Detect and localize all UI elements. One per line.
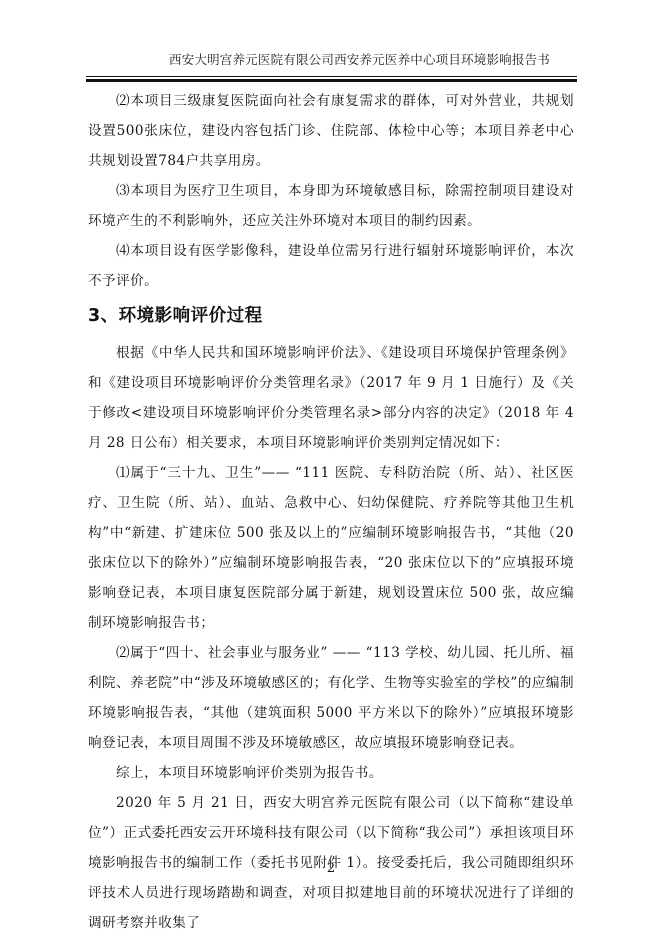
page-body: ⑵本项目三级康复医院面向社会有康复需求的群体，可对外营业，共规划设置500张床位… [88, 86, 574, 936]
paragraph-legal-basis: 根据《中华人民共和国环境影响评价法》、《建设项目环境保护管理条例》和《建设项目环… [88, 338, 574, 458]
paragraph-category-health: ⑴属于“三十九、卫生”—— “111 医院、专科防治院（所、站）、社区医疗、卫生… [88, 458, 574, 638]
paragraph-item-2: ⑵本项目三级康复医院面向社会有康复需求的群体，可对外营业，共规划设置500张床位… [88, 86, 574, 176]
document-page: 西安大明宫养元医院有限公司西安养元医养中心项目环境影响报告书 ⑵本项目三级康复医… [0, 0, 662, 936]
page-number: 2 [0, 860, 662, 878]
paragraph-category-social: ⑵属于“四十、社会事业与服务业” —— “113 学校、幼儿园、托儿所、福利院、… [88, 638, 574, 758]
section-heading: 3、环境影响评价过程 [88, 304, 574, 328]
paragraph-item-3: ⑶本项目为医疗卫生项目，本身即为环境敏感目标，除需控制项目建设对环境产生的不利影… [88, 176, 574, 236]
header-title: 西安大明宫养元医院有限公司西安养元医养中心项目环境影响报告书 [169, 52, 576, 67]
header-rule-thin [86, 76, 577, 77]
paragraph-item-4: ⑷本项目设有医学影像科，建设单位需另行进行辐射环境影响评价，本次不予评价。 [88, 236, 574, 296]
running-header: 西安大明宫养元医院有限公司西安养元医养中心项目环境影响报告书 [86, 50, 576, 70]
header-rule-thick [86, 79, 577, 82]
paragraph-conclusion: 综上，本项目环境影响评价类别为报告书。 [88, 758, 574, 788]
